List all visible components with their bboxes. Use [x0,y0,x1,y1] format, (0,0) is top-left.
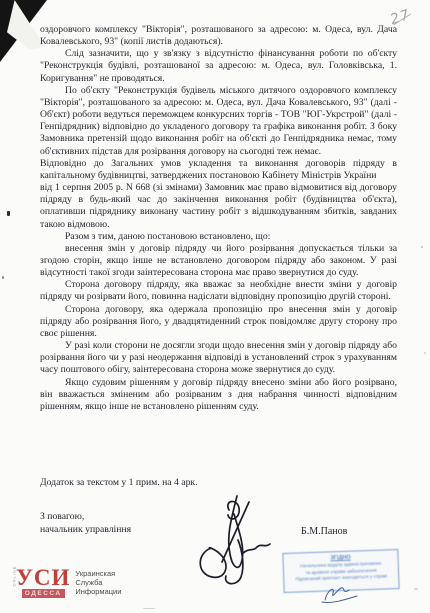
news-agency-logo: ONLINE УСИ ОДЕССА Украинская Служба Инфо… [10,567,121,598]
logo-acronym: УСИ [16,567,70,588]
signer-name: Б.М.Панов [301,526,347,537]
logo-vertical-label: ONLINE [12,579,17,587]
scan-speck [7,211,10,216]
attachment-note: Додаток за текстом у 1 прим. на 4 арк. [40,477,198,488]
logo-caption: Украинская Служба Информации [75,569,121,596]
paragraph: Слід зазначити, що у зв'язку з відсутніс… [40,48,397,84]
closing-block: З повагою, начальник управління [40,510,131,536]
scan-speck [143,608,155,609]
paragraph: від 1 серпня 2005 р. N 668 (зі змінами) … [40,182,397,231]
logo-city-badge: ОДЕССА [22,589,65,598]
logo-caption-line: Служба [75,578,121,587]
paragraph: У разі коли сторони не досягли згоди щод… [40,340,397,376]
signature-scribble [191,490,275,586]
logo-acronym-block: УСИ ОДЕССА [16,567,70,598]
paragraph: По об'єкту "Реконструкція будівель міськ… [40,85,397,158]
letter-body: оздоровчого комплексу "Вікторія", розташ… [40,24,397,413]
paragraph: Якщо судовим рішенням у договір підряду … [40,377,397,413]
paragraph: Відповідно до Загальних умов укладення т… [40,158,397,182]
scan-speck [2,276,4,279]
scanned-letter-page: 27 оздоровчого комплексу "Вікторія", роз… [0,0,430,613]
stamp-signature-scribble [320,583,364,605]
paragraph: внесення змін у договір підряду чи його … [40,243,397,279]
signer-title: начальник управління [40,523,131,536]
scan-speck [421,246,423,248]
paragraph: оздоровчого комплексу "Вікторія", розташ… [40,24,397,48]
logo-caption-line: Информации [75,587,121,596]
logo-caption-line: Украинская [75,569,121,578]
paragraph: Разом з тим, даною постановою встановлен… [40,231,397,243]
paragraph: Сторона договору, яка одержала пропозиці… [40,304,397,340]
salutation-line: З повагою, [40,510,131,523]
scan-speck [414,588,418,590]
scan-speck [424,352,426,354]
paragraph: Сторона договору підряду, яка вважає за … [40,279,397,303]
